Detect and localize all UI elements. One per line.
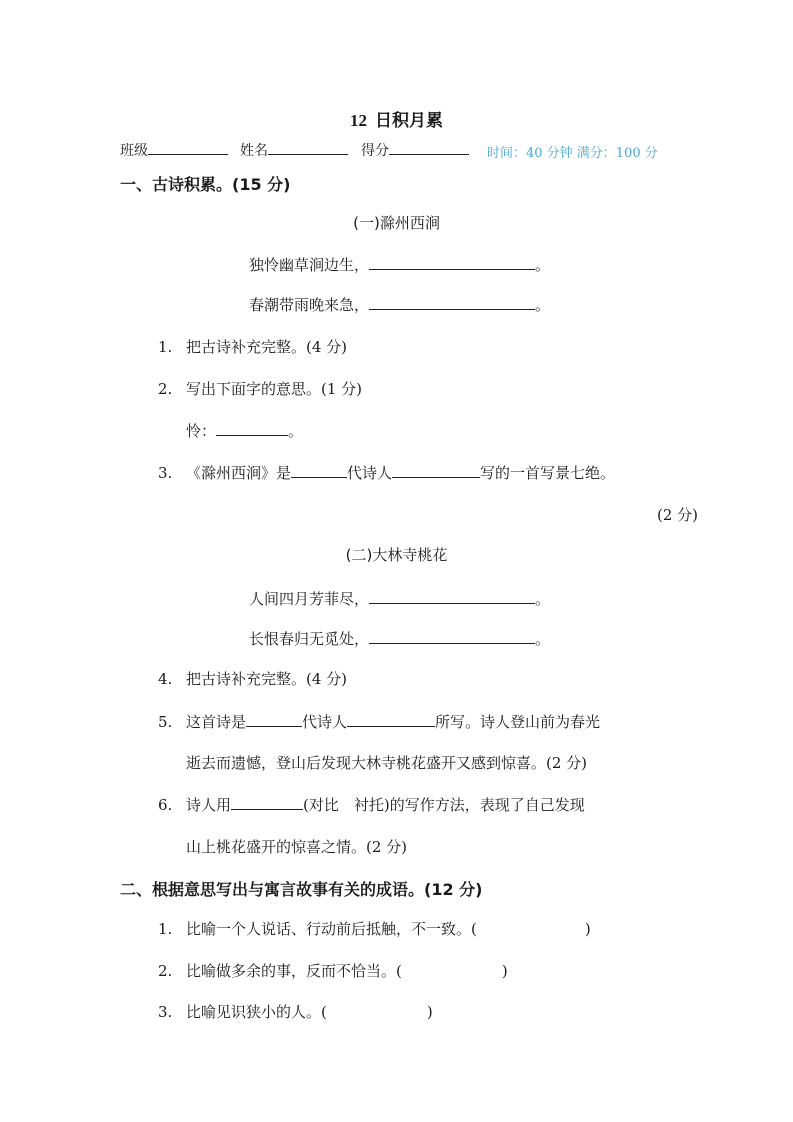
lesson-number: 12 (350, 111, 367, 130)
poem-2-line-2: 长恨春归无觅处，。 (249, 628, 550, 649)
question-4: 4.把古诗补充完整。(4 分) (158, 668, 347, 689)
page-title: 12日积月累 (0, 106, 793, 131)
idiom-question-2: 2.比喻做多余的事，反而不恰当。() (158, 960, 508, 981)
poem-2-line-1: 人间四月芳菲尽，。 (249, 588, 550, 609)
lian-meaning-blank[interactable] (216, 421, 288, 436)
dynasty-blank-1[interactable] (291, 463, 347, 478)
poem-1-blank-2[interactable] (369, 295, 535, 310)
method-blank[interactable] (231, 795, 303, 810)
question-5-line-2: 逝去而遗憾，登山后发现大林寺桃花盛开又感到惊喜。(2 分) (186, 752, 587, 773)
name-label: 姓名 (240, 143, 268, 159)
poem-2-title: (二)大林寺桃花 (0, 544, 793, 565)
question-3-points: (2 分) (657, 504, 698, 525)
question-6: 6.诗人用(对比 衬托)的写作方法，表现了自己发现 (158, 794, 585, 815)
class-field: 班级 (120, 140, 228, 160)
poet-blank-2[interactable] (347, 712, 435, 727)
idiom-question-1: 1.比喻一个人说话、行动前后抵触，不一致。() (158, 918, 591, 939)
section-2-heading: 二、根据意思写出与寓言故事有关的成语。(12 分) (120, 877, 482, 900)
poem-2-blank-2[interactable] (369, 629, 535, 644)
poem-1-line-1: 独怜幽草涧边生，。 (249, 254, 550, 275)
question-2-answer: 怜：。 (186, 420, 303, 441)
poem-2-blank-1[interactable] (369, 589, 535, 604)
poem-1-title: (一)滁州西涧 (0, 212, 793, 233)
question-1: 1.把古诗补充完整。(4 分) (158, 336, 347, 357)
question-2: 2.写出下面字的意思。(1 分) (158, 378, 362, 399)
lesson-title: 日积月累 (375, 111, 443, 131)
name-input[interactable] (268, 140, 348, 155)
idiom-question-3: 3.比喻见识狭小的人。() (158, 1001, 433, 1022)
score-field: 得分 (361, 140, 469, 160)
section-1-heading: 一、古诗积累。(15 分) (120, 172, 290, 195)
class-label: 班级 (120, 143, 148, 159)
question-3: 3.《滁州西涧》是代诗人写的一首写景七绝。 (158, 462, 615, 483)
name-field: 姓名 (240, 140, 348, 160)
score-label: 得分 (361, 143, 389, 159)
question-5: 5.这首诗是代诗人所写。诗人登山前为春光 (158, 711, 600, 732)
poem-1-blank-1[interactable] (369, 255, 535, 270)
poet-blank-1[interactable] (392, 463, 480, 478)
score-input[interactable] (389, 140, 469, 155)
class-input[interactable] (148, 140, 228, 155)
dynasty-blank-2[interactable] (246, 712, 302, 727)
time-score-info: 时间：40 分钟 满分：100 分 (487, 142, 658, 161)
question-6-line-2: 山上桃花盛开的惊喜之情。(2 分) (186, 836, 407, 857)
poem-1-line-2: 春潮带雨晚来急，。 (249, 294, 550, 315)
